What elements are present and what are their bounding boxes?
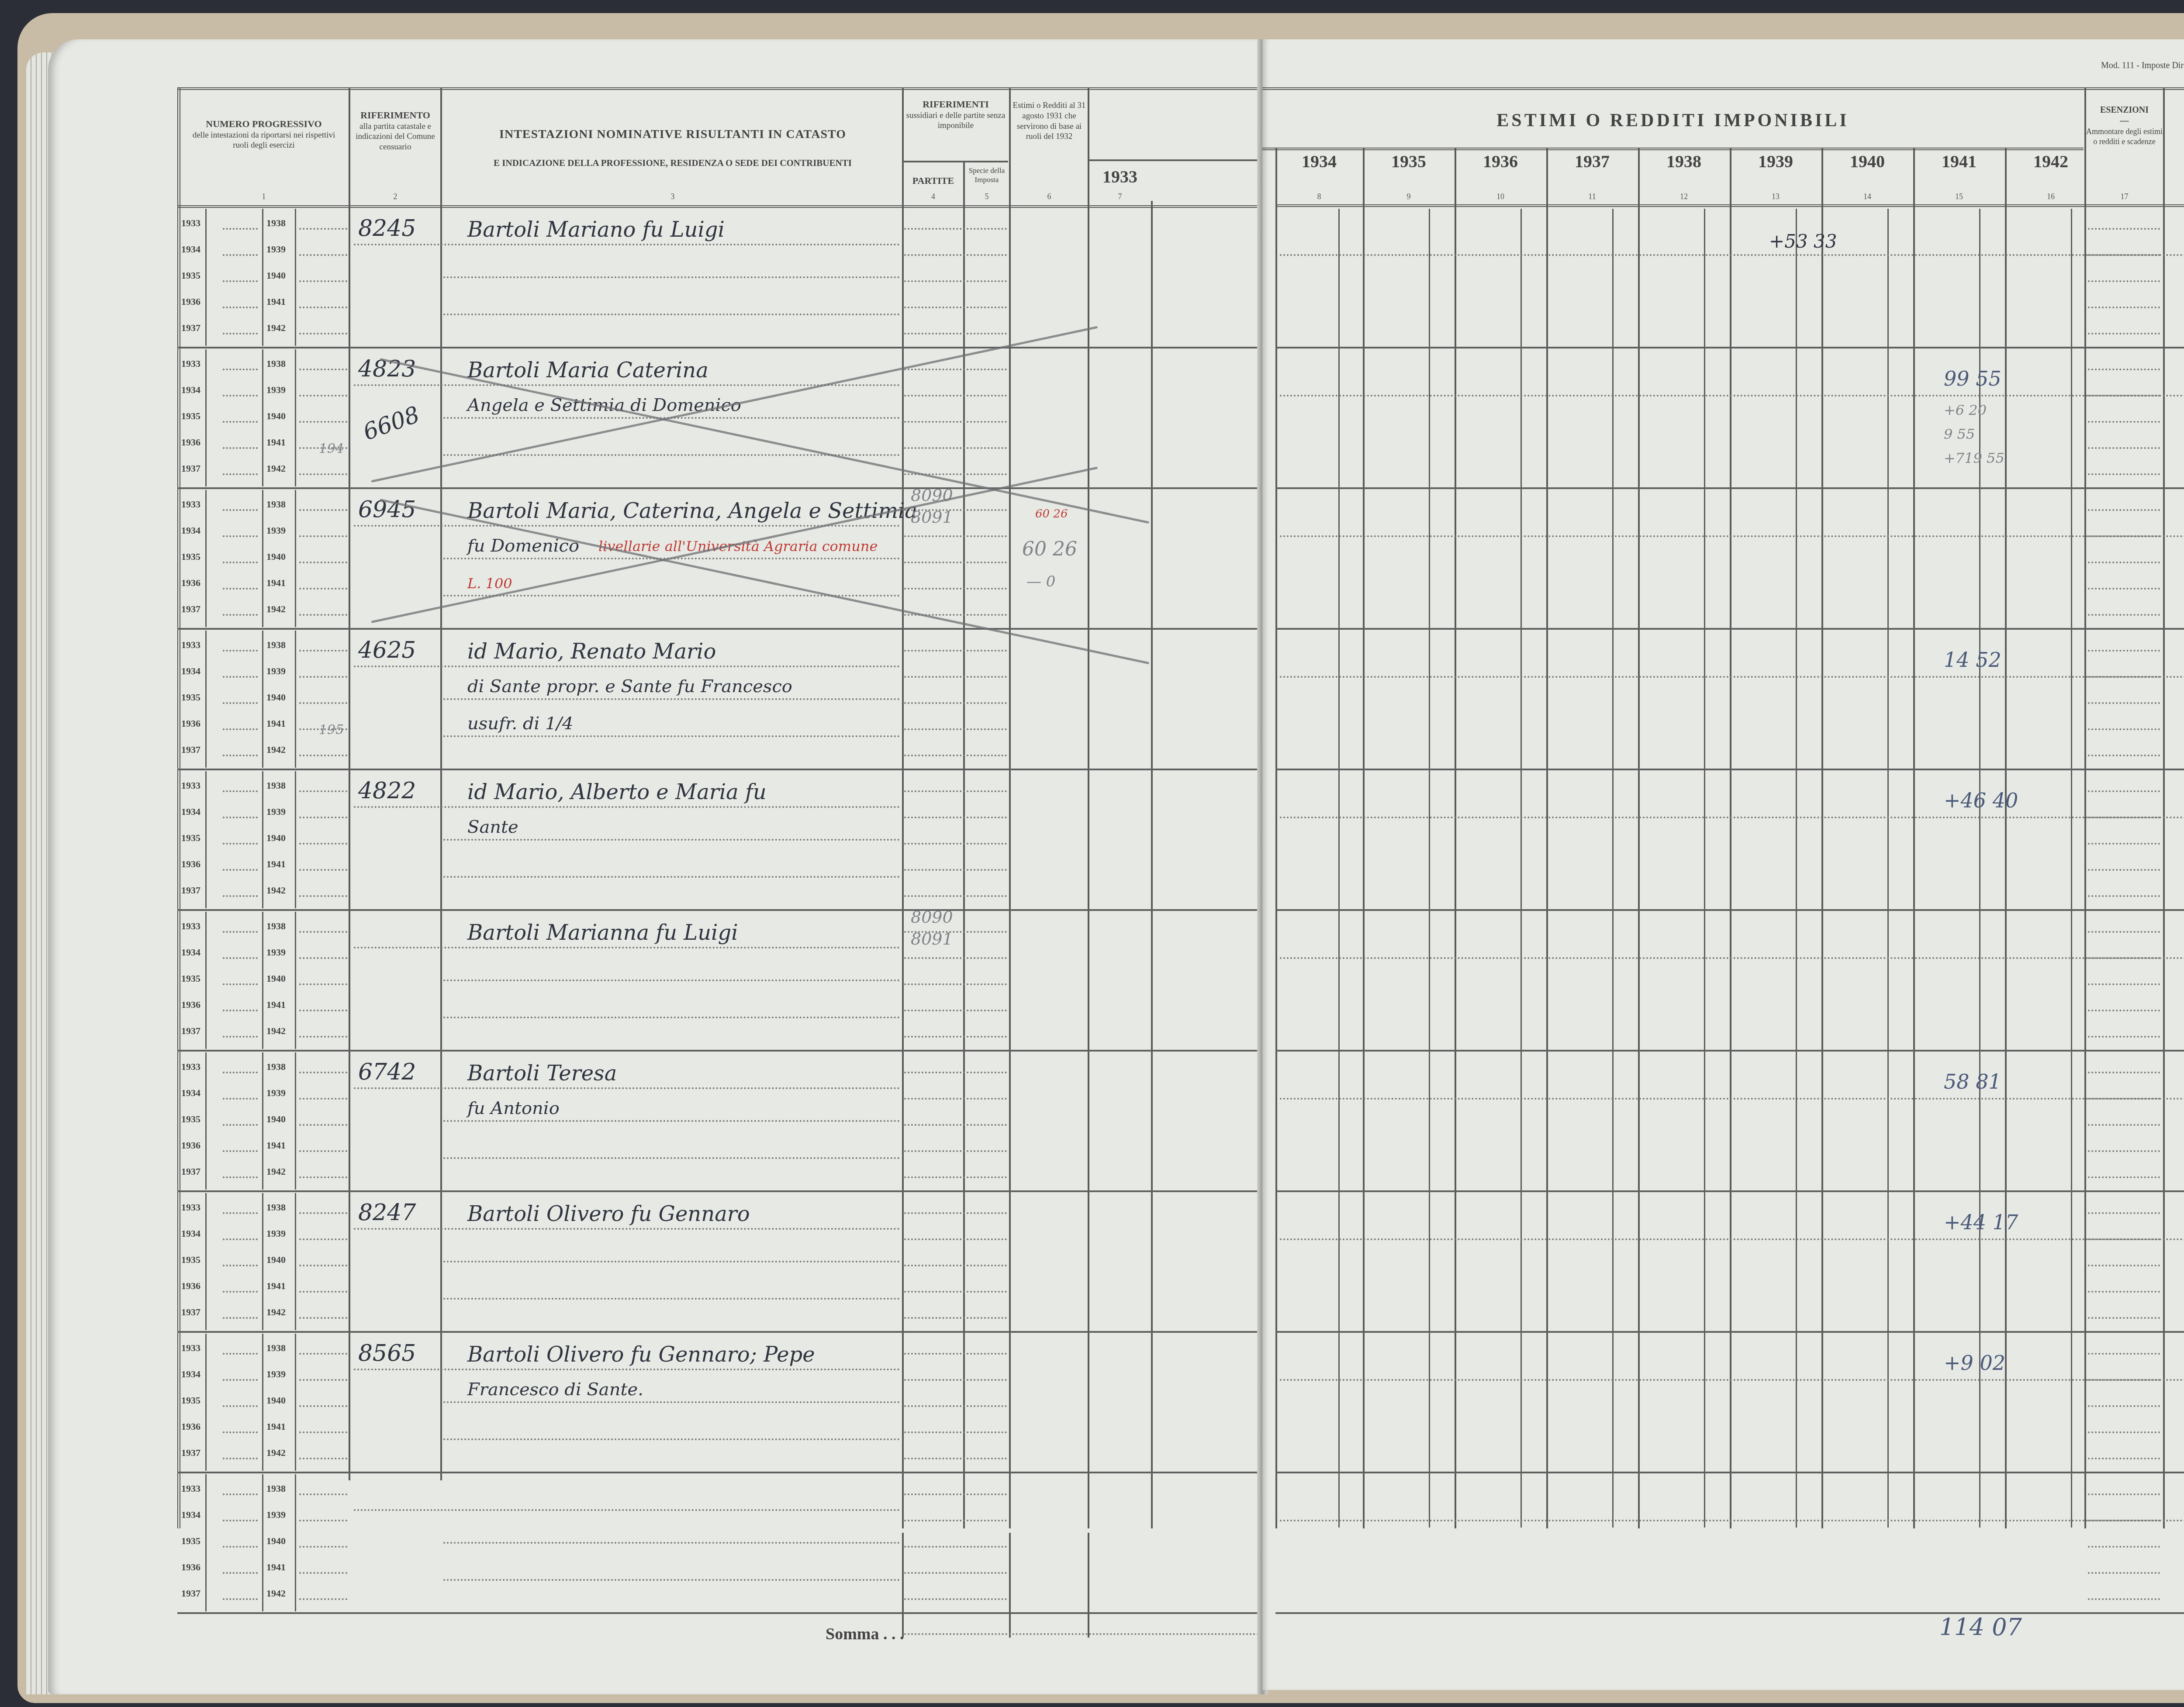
year-dotted xyxy=(299,1546,347,1548)
esenzioni-dotted xyxy=(2088,1546,2160,1548)
owner-name-line1: Bartoli Marianna fu Luigi xyxy=(467,921,738,945)
year-dotted xyxy=(223,614,258,616)
col1-divider xyxy=(205,209,207,346)
year-label: 1935 xyxy=(181,973,200,984)
partita-number: 8247 xyxy=(358,1200,416,1226)
year-label: 1941 xyxy=(266,1421,286,1432)
year-label: 1937 xyxy=(181,1447,200,1459)
ref-dotted xyxy=(904,755,1007,756)
year-dotted xyxy=(223,1458,258,1459)
year-dotted xyxy=(299,1150,347,1152)
value-dotted xyxy=(1280,1379,2184,1381)
name-dotted xyxy=(443,1157,900,1159)
year-label: 1935 xyxy=(181,832,200,844)
owner-name-line2: di Sante propr. e Sante fu Francesco xyxy=(467,676,792,697)
ref-dotted xyxy=(904,1176,1007,1178)
owner-name-line1: Bartoli Teresa xyxy=(467,1061,617,1086)
header-col1-sub: delle intestazioni da riportarsi nei ris… xyxy=(179,130,349,151)
year-label: 1936 xyxy=(181,999,200,1010)
year-label: 1934 xyxy=(181,384,200,396)
name-dotted xyxy=(443,1298,900,1300)
year-dotted xyxy=(299,1265,347,1266)
year-dotted xyxy=(299,931,347,933)
year-dotted xyxy=(299,983,347,985)
entry-separator xyxy=(1275,1190,2184,1192)
entry-separator xyxy=(177,1612,1262,1614)
cents-divider xyxy=(1521,209,1522,1528)
ref-dotted xyxy=(904,1212,1007,1214)
owner-name-line1: id Mario, Renato Mario xyxy=(467,639,716,664)
esenzioni-dotted xyxy=(2088,650,2160,652)
year-dotted xyxy=(299,1098,347,1100)
year-dotted xyxy=(299,1520,347,1521)
year-label: 1935 xyxy=(181,1535,200,1547)
col-divider-2-3 xyxy=(440,87,442,1480)
year-label: 1937 xyxy=(181,1588,200,1599)
entry-separator xyxy=(1275,628,2184,630)
year-label: 1934 xyxy=(181,244,200,255)
year-label: 1938 xyxy=(266,1202,286,1213)
name-dotted xyxy=(354,947,900,948)
year-label: 1939 xyxy=(266,1369,286,1380)
col7-subrule xyxy=(1089,159,1264,161)
entry-separator xyxy=(1275,1331,2184,1333)
year-label: 1937 xyxy=(181,885,200,896)
year-dotted xyxy=(223,307,258,308)
year-dotted xyxy=(299,1405,347,1407)
name-dotted xyxy=(443,1579,900,1581)
year-dotted xyxy=(299,509,347,511)
ref-dotted xyxy=(904,588,1007,590)
header-esenzioni: ESENZIONI — Ammontare degli estimi o red… xyxy=(2086,105,2163,146)
col-divider-5-6 xyxy=(1009,87,1011,1528)
year-label: 1938 xyxy=(266,358,286,369)
year-label: 1938 xyxy=(266,1342,286,1354)
year-label: 1935 xyxy=(181,692,200,703)
year-dotted xyxy=(299,562,347,563)
year-label: 1937 xyxy=(181,322,200,334)
year-label: 1935 xyxy=(181,1114,200,1125)
cents-divider xyxy=(1887,209,1889,1528)
entry-separator xyxy=(177,1472,1262,1473)
value-dotted xyxy=(1280,535,2184,537)
sum-divider xyxy=(902,1533,904,1638)
col1-divider xyxy=(262,912,263,1049)
esenzioni-dotted xyxy=(2088,395,2160,397)
year-dotted xyxy=(223,983,258,985)
year-label: 1940 xyxy=(266,1254,286,1266)
esenzioni-dotted xyxy=(2088,1598,2160,1600)
year-col-divider xyxy=(1363,148,1365,1528)
esenzioni-dotted xyxy=(2088,702,2160,704)
year-label: 1942 xyxy=(266,1025,286,1037)
ref-dotted xyxy=(904,1379,1007,1381)
ref-dotted xyxy=(904,535,1007,537)
esenzioni-dotted xyxy=(2088,1265,2160,1266)
year-col-divider xyxy=(1638,148,1640,1528)
name-dotted xyxy=(354,244,900,245)
esenzioni-dotted xyxy=(2088,1176,2160,1178)
year-label: 1939 xyxy=(266,806,286,817)
year-dotted xyxy=(299,1598,347,1600)
year-label: 1934 xyxy=(181,1087,200,1099)
value-1941: +46 40 xyxy=(1944,789,2018,812)
year-header-1938: 1938 xyxy=(1638,151,1730,172)
header-col3-sub: E INDICAZIONE DELLA PROFESSIONE, RESIDEN… xyxy=(443,157,902,169)
cents-divider xyxy=(1704,209,1705,1528)
year-dotted xyxy=(223,254,258,256)
colnum-11: 11 xyxy=(1546,192,1638,201)
year-dotted xyxy=(223,843,258,845)
col1-divider xyxy=(262,1052,263,1190)
header-bottom-rule xyxy=(177,205,1262,208)
partita-number: 4625 xyxy=(358,637,416,663)
esenzioni-dotted xyxy=(2088,1036,2160,1038)
cents-divider xyxy=(2071,209,2072,1528)
year-dotted xyxy=(299,957,347,959)
year-label: 1938 xyxy=(266,1483,286,1494)
esenzioni-dotted xyxy=(2088,333,2160,335)
riferimento-partita: 8091 xyxy=(911,507,953,527)
year-dotted xyxy=(299,307,347,308)
year-label: 1933 xyxy=(181,358,200,369)
year-label: 1933 xyxy=(181,217,200,229)
partita-number: 8565 xyxy=(358,1340,416,1366)
annotazioni-title: ANNOTAZIONI xyxy=(2164,131,2184,145)
colnum-14: 14 xyxy=(1821,192,1913,201)
sum-1941-value: 114 07 xyxy=(1939,1614,2022,1641)
colnum-8: 8 xyxy=(1275,192,1363,201)
ref-dotted xyxy=(904,1036,1007,1038)
year-dotted xyxy=(299,1353,347,1355)
name-dotted xyxy=(443,1542,900,1544)
col1-divider xyxy=(205,1474,207,1611)
value-dotted xyxy=(1280,676,2184,678)
year-label: 1933 xyxy=(181,499,200,510)
ref-dotted xyxy=(904,728,1007,730)
col1-divider xyxy=(295,912,296,1049)
value-dotted xyxy=(1280,817,2184,818)
year-label: 1935 xyxy=(181,551,200,562)
year-dotted xyxy=(223,1493,258,1495)
entry-separator xyxy=(177,347,1262,348)
ref-dotted xyxy=(904,1458,1007,1459)
year-dotted xyxy=(299,895,347,897)
year-label: 1934 xyxy=(181,806,200,817)
year-dotted xyxy=(223,1036,258,1038)
col1-divider xyxy=(262,209,263,346)
year-col-divider xyxy=(1275,148,1277,1528)
year-dotted xyxy=(299,473,347,475)
value-1941: 14 52 xyxy=(1944,648,2001,672)
year-label: 1933 xyxy=(181,1342,200,1354)
value-1941: 99 55 xyxy=(1944,367,2001,390)
entry-separator xyxy=(1275,909,2184,911)
cents-divider xyxy=(1429,209,1430,1528)
colnum-16: 16 xyxy=(2005,192,2097,201)
year-dotted xyxy=(299,755,347,756)
col1-divider xyxy=(295,1334,296,1471)
entry-separator xyxy=(177,628,1262,630)
year-dotted xyxy=(223,1379,258,1381)
header-col45-sub: sussidiari e delle partite senza imponib… xyxy=(903,110,1008,131)
year-dotted xyxy=(223,1546,258,1548)
year-label: 1936 xyxy=(181,1562,200,1573)
col1-divider xyxy=(205,1193,207,1330)
year-dotted xyxy=(223,1150,258,1152)
esenzioni-dotted xyxy=(2088,1405,2160,1407)
ref-dotted xyxy=(904,395,1007,397)
year-dotted xyxy=(223,1072,258,1073)
year-label: 1939 xyxy=(266,1509,286,1521)
year-dotted xyxy=(223,1098,258,1100)
year-label: 1940 xyxy=(266,1535,286,1547)
year-label: 1937 xyxy=(181,744,200,755)
ref-dotted xyxy=(904,254,1007,256)
year-header-1939: 1939 xyxy=(1730,151,1821,172)
col1-divider xyxy=(205,912,207,1049)
col1-divider xyxy=(205,631,207,768)
col1-divider xyxy=(205,771,207,908)
sum-divider xyxy=(1009,1533,1011,1638)
value-dotted xyxy=(1280,957,2184,959)
year-dotted xyxy=(223,1291,258,1293)
esenzioni-dotted xyxy=(2088,817,2160,818)
value-dotted xyxy=(1280,395,2184,397)
year-label: 1938 xyxy=(266,1061,286,1072)
riferimento-partita: 8091 xyxy=(911,929,953,948)
esenzioni-dotted xyxy=(2088,421,2160,423)
esenzioni-dotted xyxy=(2088,1458,2160,1459)
name-dotted xyxy=(354,1369,900,1370)
year-col-divider xyxy=(1821,148,1823,1528)
esenzioni-dotted xyxy=(2088,562,2160,563)
ref-dotted xyxy=(904,562,1007,563)
year-dotted xyxy=(223,1212,258,1214)
entry-separator xyxy=(1275,1612,2184,1614)
entry-separator xyxy=(177,909,1262,911)
year-label: 1935 xyxy=(181,410,200,422)
value-dotted xyxy=(1280,1520,2184,1521)
year-label: 1939 xyxy=(266,384,286,396)
name-dotted xyxy=(443,698,900,700)
year-dotted xyxy=(223,702,258,704)
year-dotted xyxy=(299,1431,347,1433)
year-header-1935: 1935 xyxy=(1363,151,1455,172)
esenzioni-dotted xyxy=(2088,728,2160,730)
ref-dotted xyxy=(904,307,1007,308)
year-dotted xyxy=(223,728,258,730)
value-1941: 58 81 xyxy=(1944,1070,2001,1093)
esenzioni-dotted xyxy=(2088,1150,2160,1152)
esenzioni-dotted xyxy=(2088,1072,2160,1073)
year-dotted xyxy=(299,869,347,871)
entry-separator xyxy=(177,487,1262,489)
name-dotted xyxy=(443,1438,900,1440)
ref-dotted xyxy=(904,650,1007,652)
colnum-10: 10 xyxy=(1455,192,1546,201)
year-label: 1934 xyxy=(181,947,200,958)
owner-name-line2: fu Antonio xyxy=(467,1098,560,1118)
ref-dotted xyxy=(904,1431,1007,1433)
ref-dotted xyxy=(904,1265,1007,1266)
ref-dotted xyxy=(904,895,1007,897)
ref-dotted xyxy=(904,1598,1007,1600)
year-dotted xyxy=(223,817,258,818)
col-divider-4-5 xyxy=(963,162,965,1528)
name-dotted xyxy=(443,1017,900,1018)
year-label: 1941 xyxy=(266,296,286,307)
year-label: 1937 xyxy=(181,1307,200,1318)
year-label: 1940 xyxy=(266,692,286,703)
year-label: 1936 xyxy=(181,437,200,448)
owner-name-line2: Sante xyxy=(467,817,518,837)
year-dotted xyxy=(223,473,258,475)
entry-separator xyxy=(177,1050,1262,1052)
value-1941-note: 9 55 xyxy=(1944,426,1975,442)
value-1939: +53 33 xyxy=(1769,231,1837,252)
ref-dotted xyxy=(904,1317,1007,1319)
year-label: 1935 xyxy=(181,1254,200,1266)
year-label: 1938 xyxy=(266,780,286,791)
year-dotted xyxy=(299,1379,347,1381)
ref-dotted xyxy=(904,369,1007,370)
header-col45-title: RIFERIMENTI xyxy=(903,98,1008,110)
header-col45: RIFERIMENTI sussidiari e delle partite s… xyxy=(903,98,1008,131)
sum-label: Somma . . . xyxy=(826,1624,904,1644)
cents-divider xyxy=(1796,209,1797,1528)
name-dotted xyxy=(443,1261,900,1262)
riferimenti-subrule xyxy=(903,161,1008,162)
col7-subdivider xyxy=(1151,201,1153,1528)
year-dotted xyxy=(223,447,258,449)
esenzioni-dotted xyxy=(2088,473,2160,475)
ref-dotted xyxy=(904,280,1007,282)
year-label: 1942 xyxy=(266,744,286,755)
col1-divider xyxy=(295,490,296,627)
year-dotted xyxy=(223,931,258,933)
entry-separator xyxy=(1275,347,2184,348)
red-amount: L. 100 xyxy=(467,575,512,592)
year-dotted xyxy=(223,228,258,230)
ref-dotted xyxy=(904,447,1007,449)
year-label: 1940 xyxy=(266,270,286,281)
esenzioni-dotted xyxy=(2088,1379,2160,1381)
colnum-18: 18 xyxy=(2164,192,2184,201)
year-label: 1939 xyxy=(266,1087,286,1099)
esenzioni-dotted xyxy=(2088,1572,2160,1574)
year-label: 1938 xyxy=(266,921,286,932)
year-label: 1933 xyxy=(181,921,200,932)
ref-dotted xyxy=(904,228,1007,230)
esenzioni-dotted xyxy=(2088,1124,2160,1126)
header-top-rule xyxy=(177,87,1262,90)
year-header-1934: 1934 xyxy=(1275,151,1363,172)
year-dotted xyxy=(299,1238,347,1240)
colnum-15: 15 xyxy=(1913,192,2005,201)
year-dotted xyxy=(299,333,347,335)
left-page: NUMERO PROGRESSIVO delle intestazioni da… xyxy=(48,39,1262,1694)
year-dotted xyxy=(223,1431,258,1433)
year-dotted xyxy=(223,957,258,959)
ref-dotted xyxy=(904,676,1007,678)
colnum-2: 2 xyxy=(350,192,440,201)
year-label: 1938 xyxy=(266,499,286,510)
year-dotted xyxy=(223,1265,258,1266)
year-label: 1941 xyxy=(266,1280,286,1292)
ref-dotted xyxy=(904,333,1007,335)
esenzioni-dotted xyxy=(2088,843,2160,845)
value-1941: +44 17 xyxy=(1944,1210,2018,1234)
year-label: 1942 xyxy=(266,1588,286,1599)
colnum-12: 12 xyxy=(1638,192,1730,201)
year-dotted xyxy=(299,1458,347,1459)
name-dotted xyxy=(354,1087,900,1089)
esenzioni-dotted xyxy=(2088,1238,2160,1240)
colnum-17: 17 xyxy=(2086,192,2163,201)
name-dotted xyxy=(443,876,900,878)
year-dotted xyxy=(223,755,258,756)
esenzioni-dotted xyxy=(2088,254,2160,256)
year-dotted xyxy=(223,790,258,792)
year-dotted xyxy=(299,843,347,845)
year-dotted xyxy=(223,1520,258,1521)
year-col-divider xyxy=(1455,148,1456,1528)
year-label: 1938 xyxy=(266,217,286,229)
name-dotted xyxy=(443,735,900,737)
name-dotted xyxy=(443,276,900,278)
year-dotted xyxy=(223,421,258,423)
ref-dotted xyxy=(904,1291,1007,1293)
partita-number: 8245 xyxy=(358,215,416,241)
year-col-divider xyxy=(2005,148,2007,1528)
year-label: 1942 xyxy=(266,1447,286,1459)
col1-note: 194 xyxy=(319,441,344,456)
esenzioni-dotted xyxy=(2088,1353,2160,1355)
name-dotted xyxy=(354,1509,900,1511)
year-label: 1934 xyxy=(181,1509,200,1521)
year-dotted xyxy=(299,535,347,537)
year-dotted xyxy=(299,790,347,792)
esenzioni-dash: — xyxy=(2086,116,2163,127)
owner-name-line1: id Mario, Alberto e Maria fu xyxy=(467,780,767,804)
col1-divider xyxy=(205,1052,207,1190)
year-label: 1934 xyxy=(181,666,200,677)
year-dotted xyxy=(223,676,258,678)
esenzioni-dotted xyxy=(2088,588,2160,590)
value-1941-note: +719 55 xyxy=(1944,450,2004,466)
year-dotted xyxy=(223,562,258,563)
year-label: 1942 xyxy=(266,1166,286,1177)
col1-divider xyxy=(262,631,263,768)
header-col1-title: NUMERO PROGRESSIVO xyxy=(179,118,349,130)
header-col5-title: Specie della Imposta xyxy=(964,166,1009,185)
year-label: 1941 xyxy=(266,999,286,1010)
ref-dotted xyxy=(904,983,1007,985)
header-col3-title: INTESTAZIONI NOMINATIVE RISULTANTI IN CA… xyxy=(443,127,902,142)
year-label: 1935 xyxy=(181,270,200,281)
year-dotted xyxy=(299,1291,347,1293)
year-label: 1939 xyxy=(266,244,286,255)
year-dotted xyxy=(299,228,347,230)
year-header-1937: 1937 xyxy=(1546,151,1638,172)
year-dotted xyxy=(299,369,347,370)
col1-divider xyxy=(205,490,207,627)
esenzioni-dotted xyxy=(2088,1010,2160,1011)
year-dotted xyxy=(299,1036,347,1038)
year-dotted xyxy=(299,702,347,704)
year-label: 1934 xyxy=(181,1369,200,1380)
